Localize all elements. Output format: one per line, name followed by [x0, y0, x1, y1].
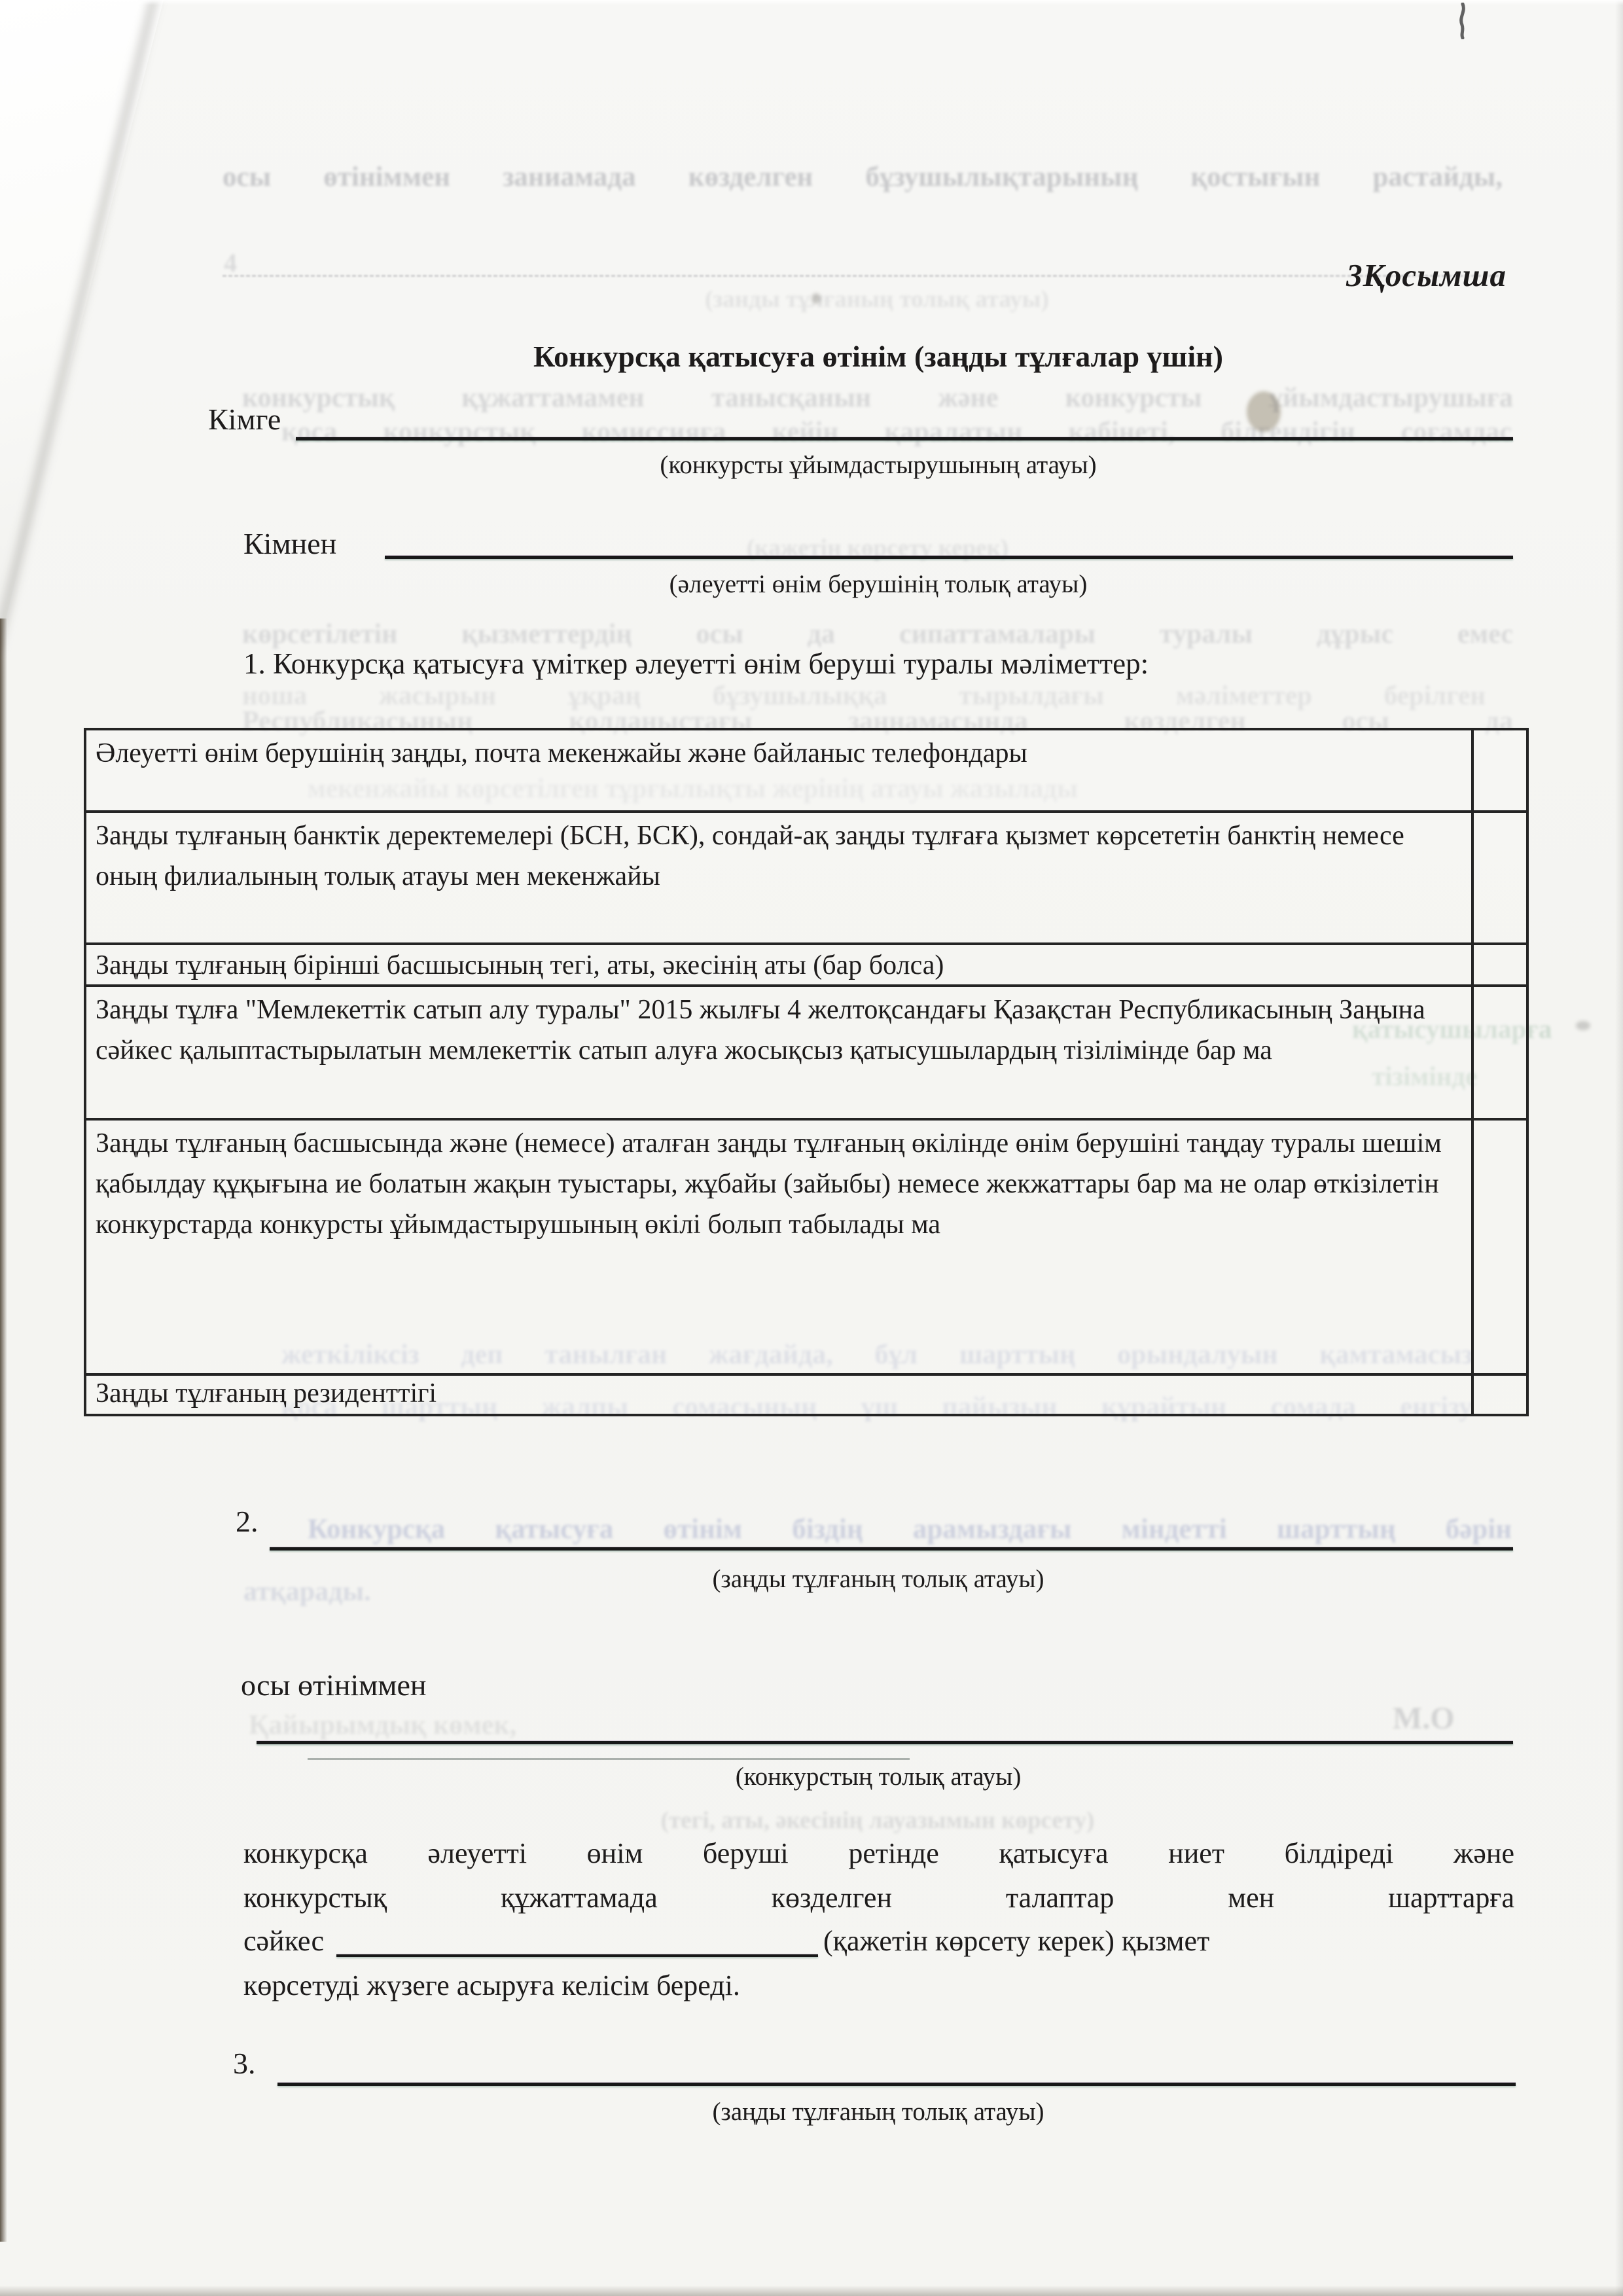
scan-top-edge-highlight: [0, 0, 1623, 5]
form-title: Конкурсқа қатысуға өтінім (заңды тұлғала…: [242, 339, 1514, 374]
scan-speck: [1576, 1021, 1590, 1030]
to-field-blank-line: [296, 437, 1513, 440]
section-1-heading: 1. Конкурсқа қатысуға үміткер әлеуетті ө…: [243, 647, 1149, 681]
bleed-through-text: Конкурсқа қатысуға өтінім біздің арамызд…: [308, 1513, 1512, 1545]
tender-name-caption: (конкурстың толық атауы): [242, 1762, 1514, 1791]
table-cell-value: [1471, 987, 1526, 1118]
scanned-document-page: осы өтініммен заниамада көзделген бұзушы…: [0, 0, 1623, 2296]
table-cell-label: Әлеуетті өнім берушінің заңды, почта мек…: [86, 730, 1471, 810]
scan-left-edge-shadow: [0, 619, 7, 2242]
from-field-label: Кімнен: [243, 526, 336, 561]
inline-blank-line: [336, 1954, 818, 1957]
agreement-paragraph-line-2: конкурстық құжаттамада көзделген талапта…: [243, 1881, 1514, 1914]
from-field-blank-line: [385, 556, 1513, 559]
from-field-caption: (әлеуетті өнім берушінің толық атауы): [242, 569, 1514, 599]
bleed-through-line: [223, 275, 1499, 277]
tender-name-blank-line: [257, 1741, 1513, 1744]
agreement-paragraph-line-3-word: сәйкес: [243, 1924, 324, 1958]
table-row: Заңды тұлға "Мемлекеттік сатып алу турал…: [86, 987, 1526, 1121]
section-3-number: 3.: [233, 2046, 256, 2081]
section-3-blank-line: [277, 2083, 1516, 2086]
bleed-through-text: осы өтініммен заниамада көзделген бұзушы…: [223, 161, 1503, 193]
bleed-through-text: (занды тұлғаның толық атауы): [340, 285, 1414, 314]
table-cell-value: [1471, 1121, 1526, 1373]
section-2-blank-line: [270, 1547, 1513, 1551]
table-cell-value: [1471, 1376, 1526, 1414]
table-cell-label: Заңды тұлға "Мемлекеттік сатып алу турал…: [86, 987, 1471, 1118]
bleed-through-text: Қайырымдық көмек,: [249, 1710, 516, 1741]
bleed-through-text: конкурстық құжаттамамен танысқанын және …: [242, 382, 1513, 414]
table-cell-label: Заңды тұлғаның бірінші басшысының тегі, …: [86, 945, 1471, 984]
appendix-label: 3Қосымша: [1346, 257, 1507, 294]
to-field-caption: (конкурсты ұйымдастырушының атауы): [242, 450, 1514, 480]
table-row: Заңды тұлғаның банктік деректемелері (БС…: [86, 813, 1526, 945]
table-row: Заңды тұлғаның бірінші басшысының тегі, …: [86, 945, 1526, 987]
supplier-details-table: Әлеуетті өнім берушінің заңды, почта мек…: [84, 728, 1529, 1416]
with-application-text: осы өтініммен: [241, 1668, 427, 1702]
to-field-label: Кімге: [208, 402, 281, 437]
table-cell-label: Заңды тұлғаның банктік деректемелері (БС…: [86, 813, 1471, 942]
pen-mark: [1453, 3, 1472, 39]
table-cell-label: Заңды тұлғаның резиденттігі: [86, 1376, 1471, 1414]
table-cell-value: [1471, 813, 1526, 942]
scan-bottom-edge-shadow: [0, 2286, 1623, 2296]
table-cell-label: Заңды тұлғаның басшысында және (немесе) …: [86, 1121, 1471, 1373]
scan-right-edge-shadow: [1615, 0, 1623, 2296]
section-3-caption: (заңды тұлғаның толық атауы): [242, 2097, 1514, 2126]
section-2-number: 2.: [236, 1504, 259, 1539]
bleed-through-text: қоса конкурстық комиссияға кейін қаралат…: [281, 416, 1512, 448]
bleed-through-text: (тегі, аты, әкесінің лауазымын көрсету): [242, 1806, 1513, 1835]
agreement-paragraph-line-1: конкурсқа әлеуетті өнім беруші ретінде қ…: [243, 1837, 1514, 1870]
agreement-paragraph-line-3-note: (қажетін көрсету керек) қызмет: [823, 1924, 1209, 1958]
table-row: Заңды тұлғаның басшысында және (немесе) …: [86, 1121, 1526, 1376]
section-2-caption: (заңды тұлғаның толық атауы): [242, 1564, 1514, 1594]
bleed-through-text: М.О: [1393, 1700, 1455, 1736]
table-cell-value: [1471, 945, 1526, 984]
table-cell-value: [1471, 730, 1526, 810]
table-row: Заңды тұлғаның резиденттігі: [86, 1376, 1526, 1414]
tender-name-blank-line-ghost: [308, 1758, 910, 1760]
bleed-through-text: 4: [224, 247, 237, 278]
agreement-paragraph-line-4: көрсетуді жүзеге асыруға келісім береді.: [243, 1969, 740, 2002]
bleed-through-text: көрсетілетін қызметтердің осы да сипатта…: [242, 619, 1513, 650]
table-row: Әлеуетті өнім берушінің заңды, почта мек…: [86, 730, 1526, 813]
